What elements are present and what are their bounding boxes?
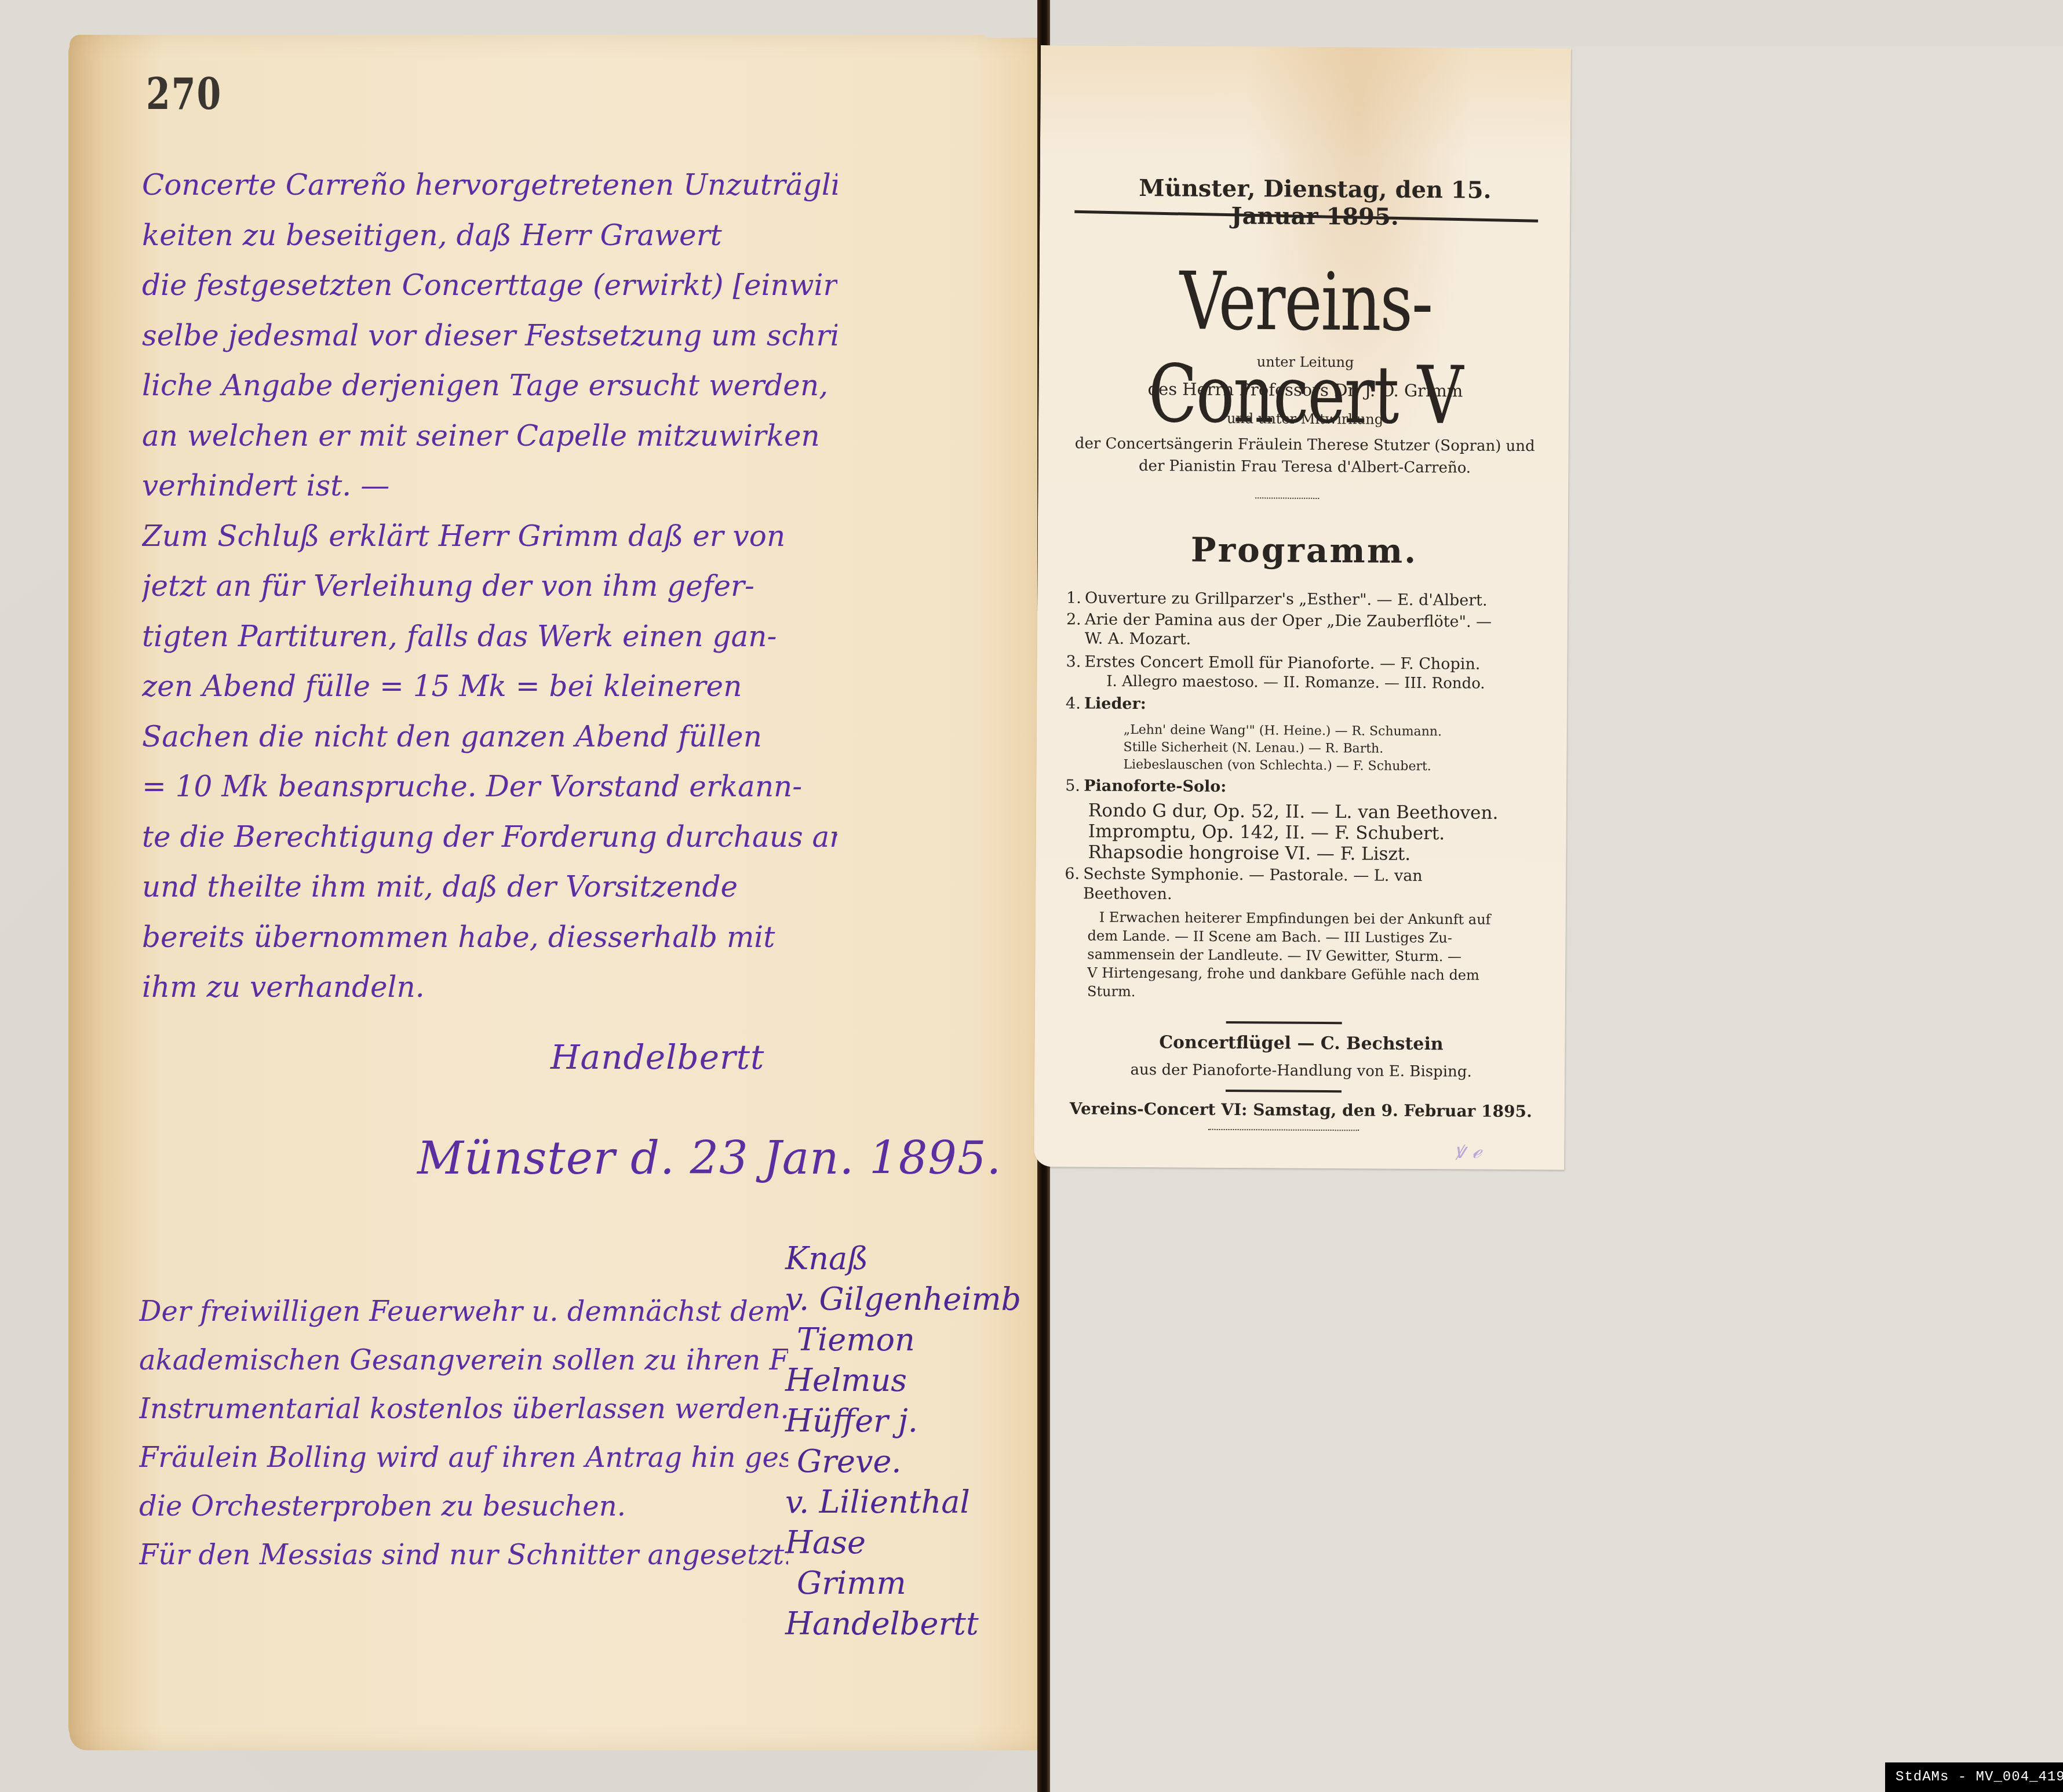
- program-item-1: 1.Ouverture zu Grillparzer's „Esther". —…: [1066, 589, 1541, 610]
- concert-date-line: Münster, Dienstag, den 15. Januar 1895.: [1095, 174, 1536, 232]
- symphony-movement: I Erwachen heiterer Empfindungen bei der…: [1099, 909, 1574, 928]
- handwritten-line: Fräulein Bolling wird auf ihren Antrag h…: [139, 1441, 788, 1488]
- soloist-line-2: der Pianistin Frau Teresa d'Albert-Carre…: [1055, 457, 1554, 477]
- song: Liebeslauschen (von Schlechta.) — F. Sch…: [1123, 757, 1598, 775]
- handwritten-line: akademischen Gesangverein sollen zu ihre…: [139, 1344, 788, 1390]
- symphony-movement: dem Lande. — II Scene am Bach. — III Lus…: [1088, 928, 1563, 947]
- handwritten-signature: Handelbertt: [551, 1040, 764, 1074]
- right-page-top-margin: [1050, 0, 2063, 46]
- soloist-line-1: der Concertsängerin Fräulein Therese Stu…: [1056, 435, 1554, 455]
- program-item-text: Arie der Pamina aus der Oper „Die Zauber…: [1085, 610, 1492, 631]
- concert-program-clipping: Münster, Dienstag, den 15. Januar 1895. …: [1034, 45, 1571, 1170]
- signers-list: Knaß v. Gilgenheimb Tiemon Helmus Hüffer…: [785, 1240, 1017, 1646]
- place-date: Münster d. 23 Jan. 1895.: [417, 1136, 1001, 1181]
- program-item-4: 4.Lieder:: [1066, 694, 1541, 715]
- song: Stille Sicherheit (N. Lenau.) — R. Barth…: [1124, 740, 1599, 757]
- handwritten-line: Zum Schluß erklärt Herr Grimm daß er von: [142, 519, 837, 566]
- piano-piece: Rhapsodie hongroise VI. — F. Liszt.: [1088, 842, 1563, 866]
- signer: Handelbertt: [785, 1605, 1017, 1646]
- program-item-6-composer: Beethoven.: [1083, 884, 1558, 905]
- ornamental-divider: [1255, 494, 1319, 499]
- program-heading: Programm.: [1055, 529, 1553, 571]
- piano-piece: Rondo G dur, Op. 52, II. — L. van Beetho…: [1088, 800, 1563, 824]
- piano-credit: Concertflügel — C. Bechstein: [1052, 1032, 1550, 1055]
- program-item-text: Lieder:: [1084, 694, 1146, 713]
- page-number: 270: [146, 69, 222, 120]
- song: „Lehn' deine Wang'" (H. Heine.) — R. Sch…: [1124, 723, 1599, 740]
- program-item-text: Ouverture zu Grillparzer's „Esther". — E…: [1085, 589, 1488, 609]
- handwritten-line: Concerte Carreño hervorgetretenen Unzutr…: [142, 168, 837, 214]
- archive-label: StdAMs - MV_004_419: [1885, 1762, 2063, 1792]
- handwritten-line: bereits übernommen habe, diesserhalb mit: [142, 920, 837, 967]
- piano-piece: Impromptu, Op. 142, II. — F. Schubert.: [1088, 821, 1563, 845]
- handwritten-line: und theilte ihm mit, daß der Vorsitzende: [142, 870, 837, 916]
- program-item-text: Pianoforte-Solo:: [1084, 777, 1226, 796]
- handwritten-line: selbe jedesmal vor dieser Festsetzung um…: [142, 319, 837, 365]
- program-item-number: 2.: [1066, 610, 1085, 628]
- program-item-number: 1.: [1066, 589, 1085, 607]
- signer: Tiemon: [785, 1321, 1017, 1362]
- signer: Grimm: [785, 1565, 1017, 1605]
- program-item-5: 5.Pianoforte-Solo:: [1065, 777, 1540, 797]
- signer: Hüffer j.: [785, 1403, 1017, 1443]
- signer: v. Gilgenheimb: [785, 1281, 1017, 1321]
- participation-intro: und unter Mitwirkung: [1056, 409, 1554, 428]
- handwritten-line: = 10 Mk beanspruche. Der Vorstand erkann…: [142, 770, 837, 816]
- handwritten-paragraph-2: Der freiwilligen Feuerwehr u. demnächst …: [139, 1295, 788, 1587]
- handwritten-line: die Orchesterproben zu besuchen.: [139, 1490, 788, 1536]
- program-item-number: 6.: [1065, 865, 1083, 883]
- handwritten-line: Für den Messias sind nur Schnitter anges…: [139, 1539, 788, 1585]
- program-item-3-movements: I. Allegro maestoso. — II. Romanze. — II…: [1106, 673, 1581, 693]
- divider-rule: [1226, 1090, 1342, 1092]
- handwritten-line: zen Abend fülle = 15 Mk = bei kleineren: [142, 669, 837, 716]
- gutter-top-background: [985, 0, 1037, 38]
- handwritten-line: ihm zu verhandeln.: [142, 970, 837, 1017]
- symphony-movement: V Hirtengesang, frohe und dankbare Gefüh…: [1087, 965, 1562, 984]
- program-item-text: Erstes Concert Emoll für Pianoforte. — F…: [1084, 653, 1480, 673]
- signer: v. Lilienthal: [785, 1484, 1017, 1524]
- program-item-3: 3.Erstes Concert Emoll für Pianoforte. —…: [1066, 653, 1541, 673]
- divider-rule: [1226, 1021, 1342, 1024]
- signer: Helmus: [785, 1362, 1017, 1403]
- handwritten-line: die festgesetzten Concerttage (erwirkt) …: [142, 268, 837, 315]
- handwritten-line: liche Angabe derjenigen Tage ersucht wer…: [142, 369, 837, 415]
- handwritten-line: jetzt an für Verleihung der von ihm gefe…: [142, 569, 837, 615]
- handwritten-line: tigten Partituren, falls das Werk einen …: [142, 620, 837, 666]
- handwritten-line: Sachen die nicht den ganzen Abend füllen: [142, 720, 837, 766]
- handwritten-paragraph-1: Concerte Carreño hervorgetretenen Unzutr…: [142, 168, 837, 1021]
- ornamental-divider: [1208, 1126, 1359, 1131]
- program-item-text: Sechste Symphonie. — Pastorale. — L. van: [1083, 865, 1423, 885]
- program-item-6: 6.Sechste Symphonie. — Pastorale. — L. v…: [1065, 865, 1540, 886]
- program-item-number: 5.: [1065, 777, 1084, 795]
- handwritten-line: Instrumentarial kostenlos überlassen wer…: [139, 1393, 788, 1439]
- conductor-intro: unter Leitung: [1056, 352, 1555, 371]
- handwritten-line: te die Berechtigung der Forderung durcha…: [142, 820, 837, 866]
- signer: Knaß: [785, 1240, 1017, 1281]
- conductor: des Herrn Professors Dr. J. O. Grimm: [1056, 378, 1554, 401]
- program-item-number: 3.: [1066, 653, 1084, 671]
- faint-ink-stamp: ꝟ ℯ: [1455, 1136, 1518, 1171]
- program-item-2-composer: W. A. Mozart.: [1085, 629, 1560, 650]
- program-item-number: 4.: [1066, 694, 1084, 712]
- handwritten-line: Der freiwilligen Feuerwehr u. demnächst …: [139, 1295, 788, 1342]
- handwritten-line: keiten zu beseitigen, daß Herr Grawert: [142, 218, 837, 265]
- signer: Greve.: [785, 1443, 1017, 1484]
- next-concert: Vereins-Concert VI: Samstag, den 9. Febr…: [1052, 1099, 1550, 1121]
- symphony-movement: Sturm.: [1087, 984, 1562, 1003]
- symphony-movement: sammensein der Landleute. — IV Gewitter,…: [1087, 946, 1562, 966]
- program-item-2: 2.Arie der Pamina aus der Oper „Die Zaub…: [1066, 610, 1541, 631]
- piano-dealer: aus der Pianoforte-Handlung von E. Bispi…: [1052, 1061, 1550, 1081]
- handwritten-line: verhindert ist. —: [142, 469, 837, 515]
- handwritten-line: an welchen er mit seiner Capelle mitzuwi…: [142, 419, 837, 465]
- signer: Hase: [785, 1524, 1017, 1565]
